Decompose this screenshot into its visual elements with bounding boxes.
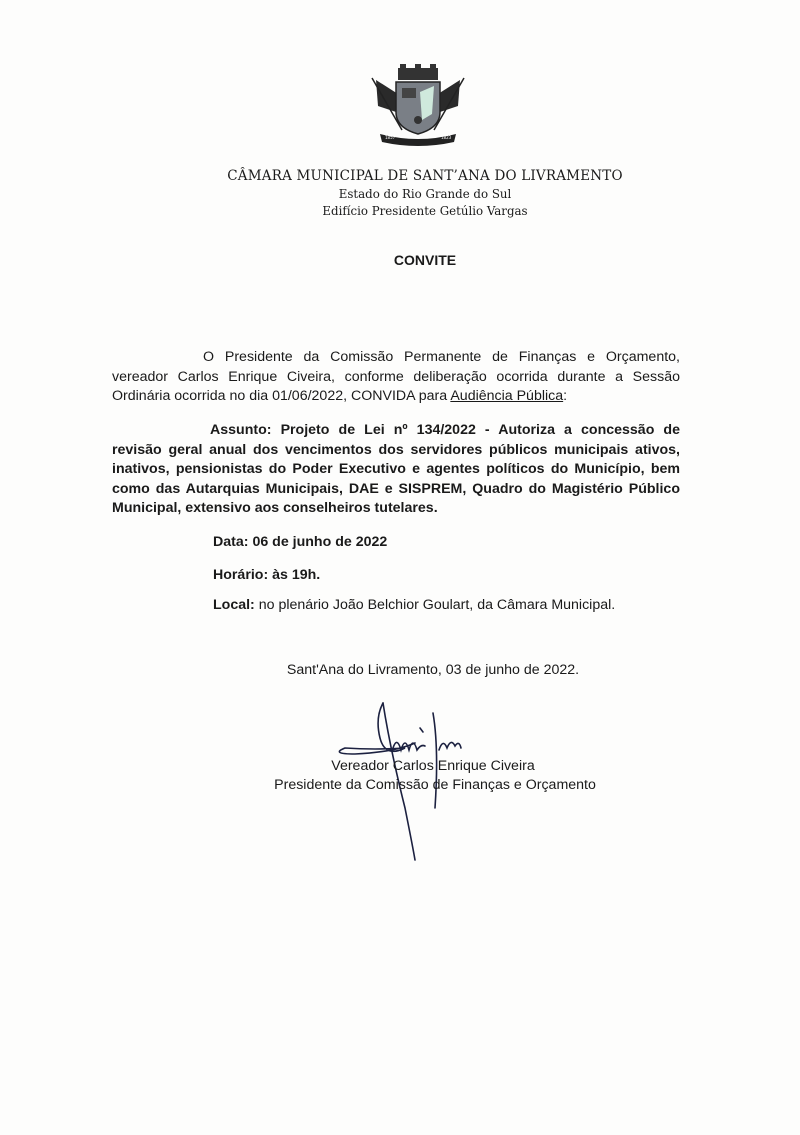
svg-text:1823: 1823 (441, 135, 452, 140)
place-and-date: Sant'Ana do Livramento, 03 de junho de 2… (0, 662, 800, 678)
municipal-crest-logo: 1857 1823 (368, 62, 468, 147)
institution-name: CÂMARA MUNICIPAL DE SANT’ANA DO LIVRAMEN… (0, 168, 800, 184)
state-name: Estado do Rio Grande do Sul (0, 187, 800, 201)
signatory-role: Presidente da Comissão de Finanças e Orç… (0, 777, 800, 793)
event-time: Horário: às 19h. (213, 567, 320, 583)
signatory-name: Vereador Carlos Enrique Civeira (0, 758, 800, 774)
subject-text: Projeto de Lei nº 134/2022 - Autoriza a … (112, 422, 680, 516)
invitation-paragraph: O Presidente da Comissão Permanente de F… (112, 348, 680, 407)
event-location: Local: no plenário João Belchior Goulart… (213, 597, 615, 613)
event-date: Data: 06 de junho de 2022 (213, 534, 387, 550)
document-title: CONVITE (0, 252, 800, 268)
subject-paragraph: Assunto: Projeto de Lei nº 134/2022 - Au… (112, 421, 680, 519)
svg-text:1857: 1857 (385, 135, 396, 140)
subject-label: Assunto: (210, 422, 271, 438)
public-hearing-text: Audiência Pública (450, 388, 563, 404)
building-name: Edifício Presidente Getúlio Vargas (0, 204, 800, 218)
